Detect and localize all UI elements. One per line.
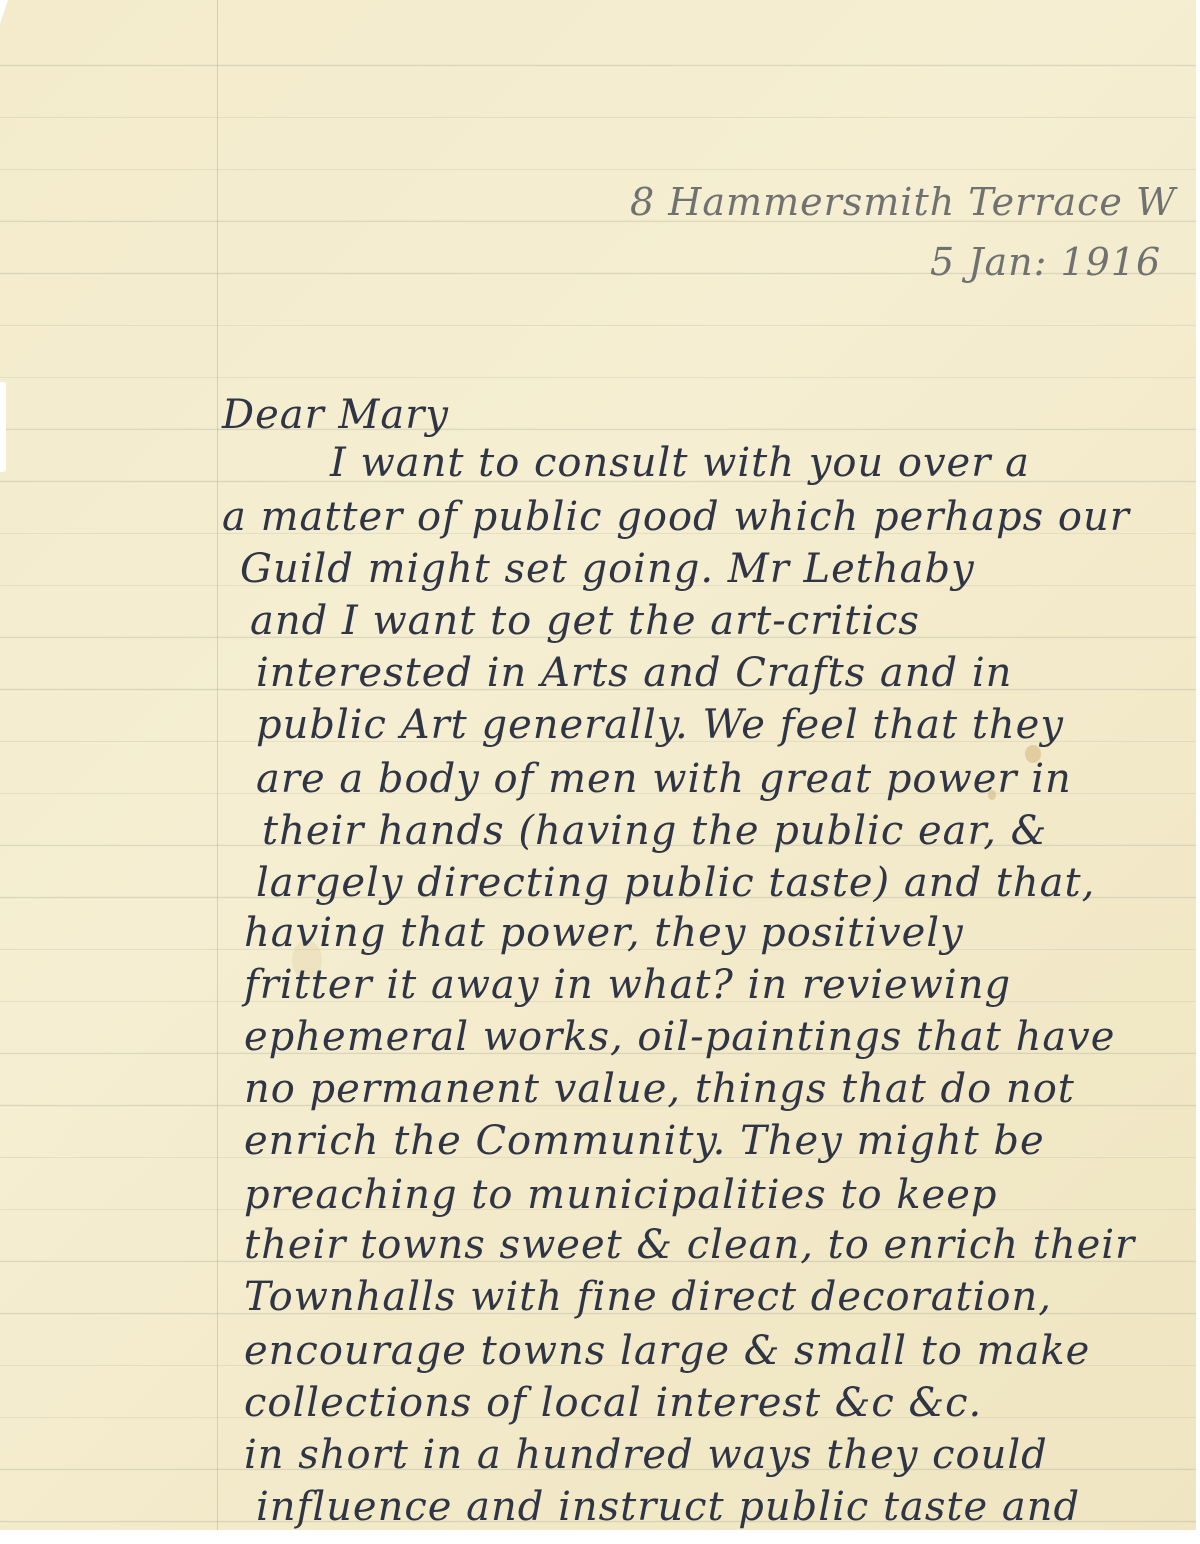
body-line: collections of local interest &c &c. bbox=[244, 1380, 982, 1426]
body-line: I want to consult with you over a bbox=[330, 440, 1030, 486]
body-line: and I want to get the art-critics bbox=[250, 598, 920, 644]
body-line: Guild might set going. Mr Lethaby bbox=[240, 546, 975, 592]
letter-date: 5 Jan: 1916 bbox=[930, 240, 1161, 284]
margin-line bbox=[217, 0, 218, 1530]
body-line: fritter it away in what? in reviewing bbox=[244, 962, 1011, 1008]
body-line: in short in a hundred ways they could bbox=[244, 1432, 1048, 1478]
body-line: preaching to municipalities to keep bbox=[244, 1172, 997, 1218]
body-line: a matter of public good which perhaps ou… bbox=[222, 494, 1130, 540]
body-line: are a body of men with great power in bbox=[256, 756, 1072, 802]
body-line: having that power, they positively bbox=[244, 910, 964, 956]
body-line: largely directing public taste) and that… bbox=[256, 860, 1095, 906]
body-line: no permanent value, things that do not bbox=[244, 1066, 1075, 1112]
body-line: encourage towns large & small to make bbox=[244, 1328, 1090, 1374]
salutation: Dear Mary bbox=[222, 392, 449, 438]
body-line: public Art generally. We feel that they bbox=[256, 702, 1064, 748]
body-line: ephemeral works, oil-paintings that have bbox=[244, 1014, 1115, 1060]
letter-page: 8 Hammersmith Terrace W 5 Jan: 1916 Dear… bbox=[0, 0, 1196, 1530]
body-line: their hands (having the public ear, & bbox=[262, 808, 1047, 854]
letter-address: 8 Hammersmith Terrace W bbox=[630, 180, 1176, 224]
body-line: influence and instruct public taste and bbox=[256, 1484, 1080, 1530]
paper-tear bbox=[0, 382, 6, 472]
body-line: interested in Arts and Crafts and in bbox=[256, 650, 1012, 696]
body-line: Townhalls with fine direct decoration, bbox=[244, 1274, 1052, 1320]
body-line: their towns sweet & clean, to enrich the… bbox=[244, 1222, 1135, 1268]
body-line: enrich the Community. They might be bbox=[244, 1118, 1045, 1164]
